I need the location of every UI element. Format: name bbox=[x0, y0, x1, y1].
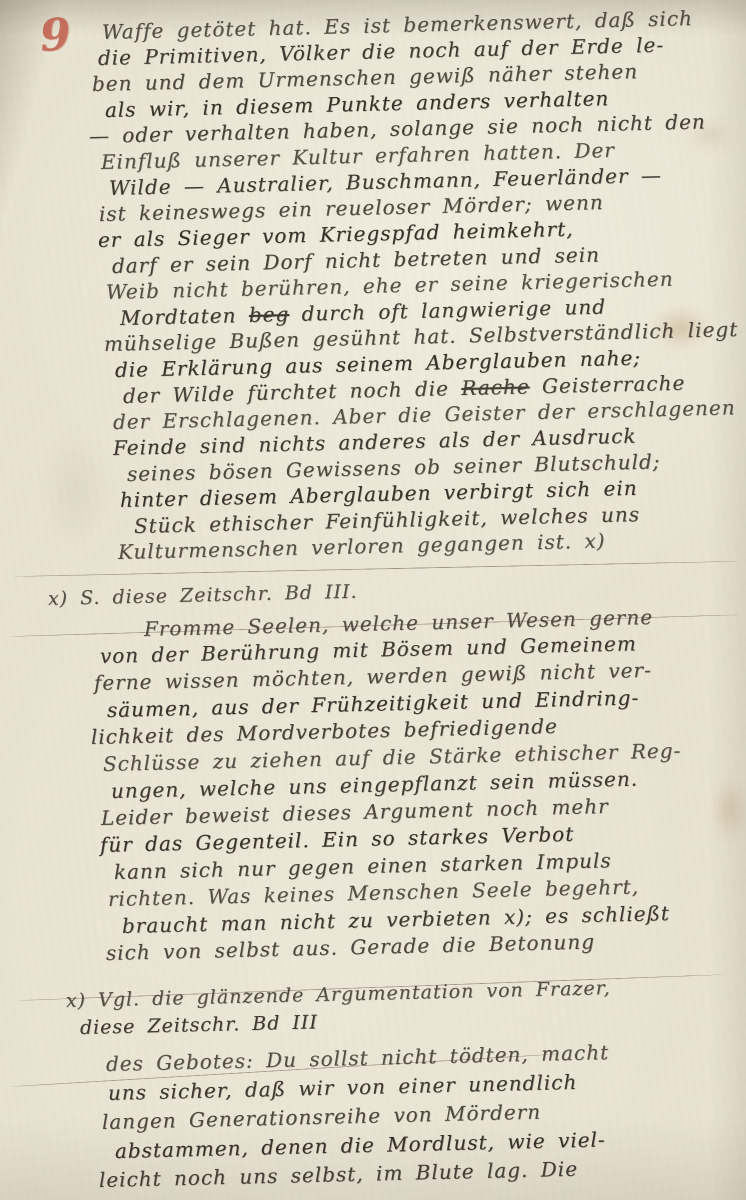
paragraph-main-2: Fromme Seelen, welche unser Wesen gernev… bbox=[84, 616, 681, 967]
footnote-2: x) Vgl. die glänzende Argumentation von … bbox=[64, 988, 611, 1042]
page-number: 9 bbox=[38, 9, 72, 62]
footnote-1: x) S. diese Zeitschr. Bd III. bbox=[46, 586, 358, 613]
paragraph-main-1: Waffe getötet hat. Es ist bemerkenswert,… bbox=[82, 20, 738, 566]
paragraph-main-3: des Gebotes: Du sollst nicht tödten, mac… bbox=[92, 1050, 609, 1195]
manuscript-page: 9 Waffe getötet hat. Es ist bemerkenswer… bbox=[0, 0, 746, 1200]
paper-stain bbox=[712, 778, 746, 842]
manuscript-line: x) S. diese Zeitschr. Bd III. bbox=[48, 579, 358, 613]
